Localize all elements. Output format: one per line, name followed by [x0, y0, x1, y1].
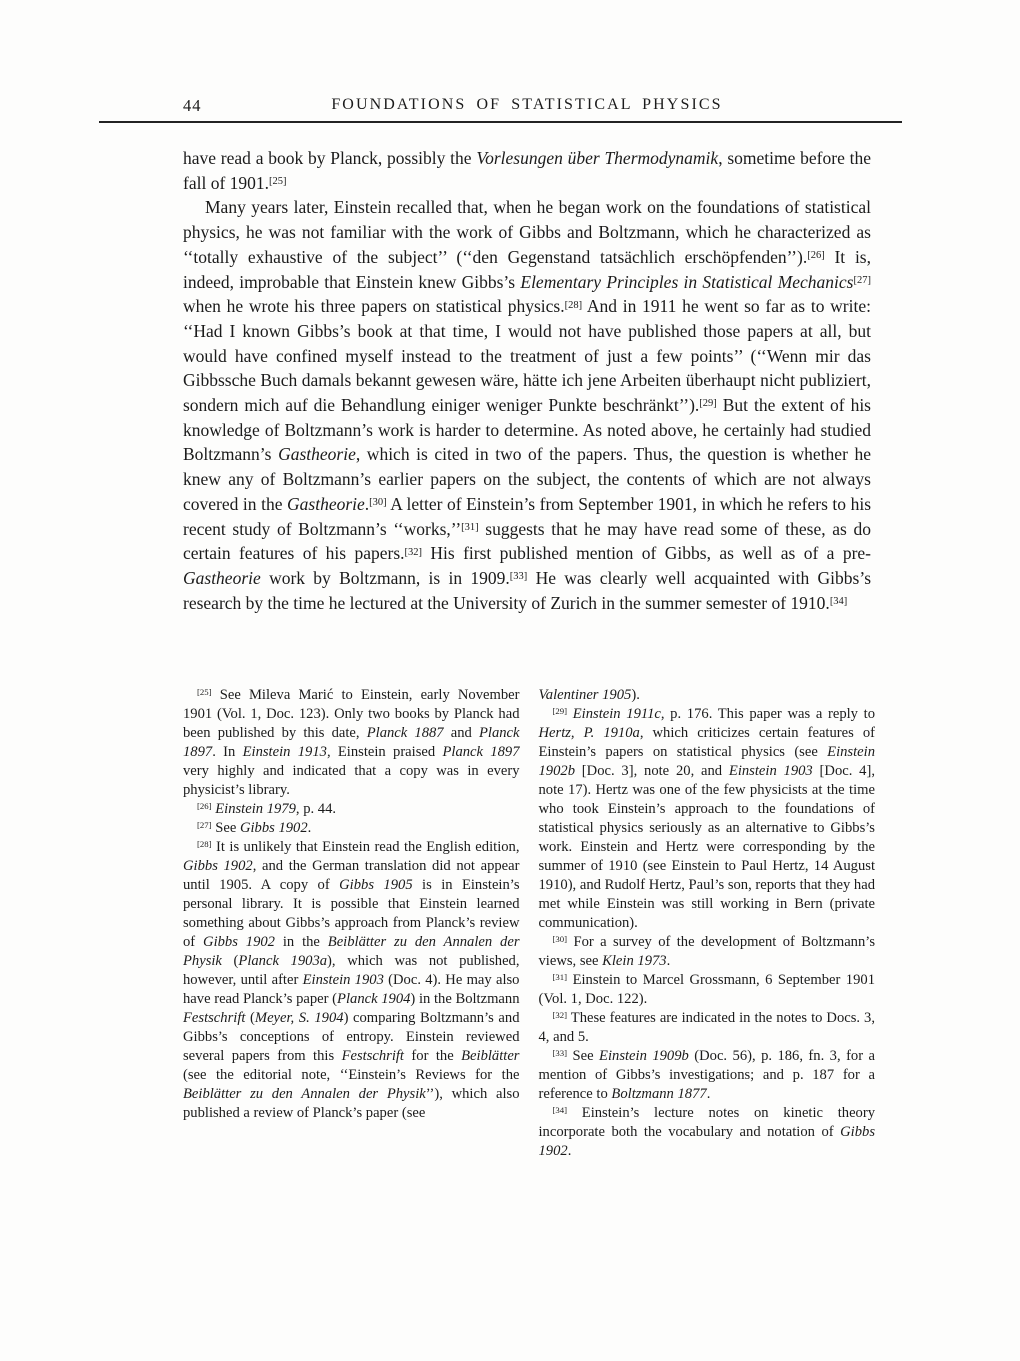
- text-run: , p. 176. This paper was a reply to: [661, 706, 875, 722]
- footnote-marker: [34]: [553, 1105, 568, 1115]
- footnote-marker: [28]: [565, 300, 583, 311]
- text-run: See: [567, 1048, 599, 1064]
- text-run: .: [308, 820, 312, 836]
- footnote-marker: [28]: [197, 839, 212, 849]
- page-header: 44 FOUNDATIONS OF STATISTICAL PHYSICS: [183, 96, 871, 116]
- footnote-paragraph: [28] It is unlikely that Einstein read t…: [183, 838, 520, 1123]
- text-run: Many years later, Einstein recalled that…: [183, 197, 871, 266]
- text-run: (see the editorial note, ‘‘Einstein’s Re…: [183, 1067, 520, 1083]
- italic-text: Elementary Principles in Statistical Mec…: [520, 272, 853, 292]
- footnote-marker: [31]: [553, 972, 568, 982]
- italic-text: Festschrift: [183, 1010, 245, 1026]
- italic-text: Gibbs 1905: [339, 877, 412, 893]
- italic-text: Einstein 1903: [303, 972, 384, 988]
- footnote-marker: [27]: [854, 275, 872, 286]
- footnotes-section: [25] See Mileva Marić to Einstein, early…: [183, 686, 875, 1161]
- footnotes-left-column: [25] See Mileva Marić to Einstein, early…: [183, 686, 520, 1161]
- italic-text: Planck 1904: [337, 991, 410, 1007]
- footnote-marker: [31]: [461, 522, 479, 533]
- footnote-marker: [30]: [369, 497, 387, 508]
- footnote-paragraph: [32] These features are indicated in the…: [539, 1009, 876, 1047]
- text-run: . In: [212, 744, 242, 760]
- body-paragraph: Many years later, Einstein recalled that…: [183, 195, 871, 615]
- italic-text: Gastheorie: [183, 568, 261, 588]
- footnote-marker: [26]: [197, 801, 212, 811]
- italic-text: Beiblätter zu den Annalen der Physik: [183, 1086, 426, 1102]
- text-run: .: [568, 1143, 572, 1159]
- text-run: For a survey of the development of Boltz…: [539, 934, 876, 969]
- text-run: See: [212, 820, 240, 836]
- text-run: work by Boltzmann, is in 1909.: [261, 568, 510, 588]
- text-run: (: [222, 953, 239, 969]
- footnote-marker: [32]: [553, 1010, 568, 1020]
- text-run: [Doc. 4], note 17). Hertz was one of the…: [539, 763, 876, 931]
- italic-text: Meyer, S. 1904: [255, 1010, 344, 1026]
- footnote-marker: [29]: [699, 398, 717, 409]
- italic-text: Boltzmann 1877: [611, 1086, 706, 1102]
- footnote-marker: [34]: [830, 596, 848, 607]
- text-run: , p. 44.: [296, 801, 336, 817]
- footnote-paragraph: [33] See Einstein 1909b (Doc. 56), p. 18…: [539, 1047, 876, 1104]
- italic-text: Einstein 1909b: [599, 1048, 689, 1064]
- text-run: , Einstein praised: [327, 744, 443, 760]
- italic-text: Beiblätter: [461, 1048, 519, 1064]
- italic-text: Planck 1897: [442, 744, 519, 760]
- footnote-paragraph: [30] For a survey of the development of …: [539, 933, 876, 971]
- text-run: have read a book by Planck, possibly the: [183, 148, 476, 168]
- page-number: 44: [183, 96, 202, 116]
- italic-text: Gibbs 1902: [183, 858, 253, 874]
- italic-text: Einstein 1903: [729, 763, 813, 779]
- text-run: Einstein to Marcel Grossmann, 6 Septembe…: [539, 972, 876, 1007]
- text-run: ) in the Boltzmann: [410, 991, 519, 1007]
- footnotes-right-column: Valentiner 1905).[29] Einstein 1911c, p.…: [539, 686, 876, 1161]
- footnote-marker: [33]: [510, 571, 528, 582]
- footnote-paragraph: [29] Einstein 1911c, p. 176. This paper …: [539, 705, 876, 933]
- body-paragraph: have read a book by Planck, possibly the…: [183, 146, 871, 195]
- text-run: ).: [631, 687, 640, 703]
- footnote-paragraph: Valentiner 1905).: [539, 686, 876, 705]
- footnote-paragraph: [27] See Gibbs 1902.: [183, 819, 520, 838]
- italic-text: Gastheorie: [278, 444, 356, 464]
- italic-text: Gibbs 1902: [203, 934, 275, 950]
- text-run: .: [667, 953, 671, 969]
- italic-text: Einstein 1979: [215, 801, 296, 817]
- text-run: [Doc. 3], note 20, and: [575, 763, 729, 779]
- footnote-paragraph: [31] Einstein to Marcel Grossmann, 6 Sep…: [539, 971, 876, 1009]
- italic-text: Hertz, P. 1910a: [539, 725, 640, 741]
- italic-text: Klein 1973: [602, 953, 666, 969]
- text-run: when he wrote his three papers on statis…: [183, 296, 565, 316]
- text-run: Einstein’s lecture notes on kinetic theo…: [539, 1105, 876, 1140]
- footnote-marker: [27]: [197, 820, 212, 830]
- footnote-marker: [29]: [553, 706, 568, 716]
- footnote-marker: [33]: [553, 1048, 568, 1058]
- text-run: for the: [404, 1048, 461, 1064]
- book-page: 44 FOUNDATIONS OF STATISTICAL PHYSICS ha…: [0, 0, 1020, 1361]
- italic-text: Valentiner 1905: [539, 687, 632, 703]
- header-rule: [99, 121, 902, 123]
- footnote-marker: [26]: [807, 250, 825, 261]
- text-run: very highly and indicated that a copy wa…: [183, 763, 520, 798]
- italic-text: Einstein 1911c: [573, 706, 661, 722]
- italic-text: Gastheorie: [287, 494, 365, 514]
- italic-text: Planck 1903a: [238, 953, 327, 969]
- footnote-paragraph: [34] Einstein’s lecture notes on kinetic…: [539, 1104, 876, 1161]
- main-text: have read a book by Planck, possibly the…: [183, 146, 871, 615]
- footnote-marker: [32]: [405, 547, 423, 558]
- italic-text: Festschrift: [342, 1048, 404, 1064]
- text-run: His first published mention of Gibbs, as…: [422, 543, 871, 563]
- text-run: These features are indicated in the note…: [539, 1010, 876, 1045]
- footnote-paragraph: [25] See Mileva Marić to Einstein, early…: [183, 686, 520, 800]
- italic-text: Vorlesungen über Thermodynamik: [476, 148, 718, 168]
- text-run: It is unlikely that Einstein read the En…: [212, 839, 520, 855]
- text-run: and: [444, 725, 479, 741]
- footnote-paragraph: [26] Einstein 1979, p. 44.: [183, 800, 520, 819]
- text-run: .: [707, 1086, 711, 1102]
- italic-text: Einstein 1913: [243, 744, 327, 760]
- footnote-marker: [25]: [269, 176, 287, 187]
- footnote-marker: [30]: [553, 934, 568, 944]
- text-run: (: [245, 1010, 254, 1026]
- italic-text: Planck 1887: [367, 725, 444, 741]
- italic-text: Gibbs 1902: [240, 820, 308, 836]
- text-run: in the: [275, 934, 328, 950]
- running-head: FOUNDATIONS OF STATISTICAL PHYSICS: [183, 96, 871, 114]
- footnote-marker: [25]: [197, 687, 212, 697]
